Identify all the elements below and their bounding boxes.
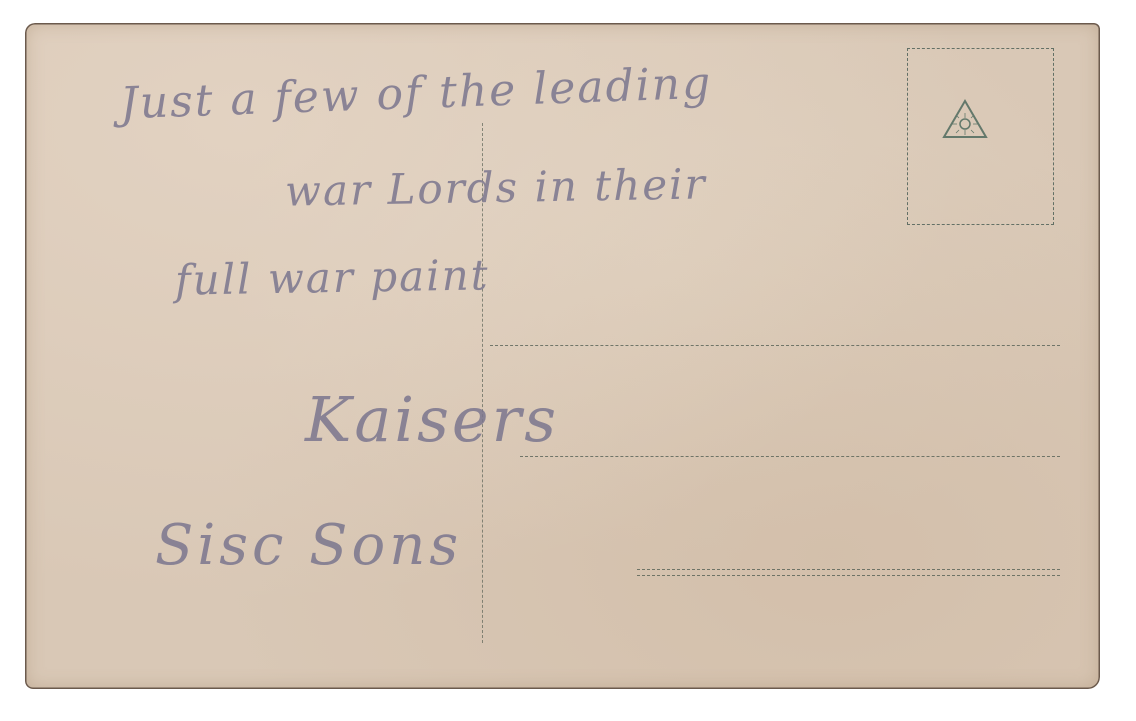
handwriting-line-2: war Lords in their — [285, 159, 707, 215]
address-line-3b — [637, 575, 1060, 576]
triangle-sunburst-logo-icon — [942, 99, 988, 139]
handwriting-line-1: Just a few of the leading — [119, 58, 713, 130]
stamp-box — [907, 48, 1054, 225]
handwriting-line-3: full war paint — [175, 250, 490, 304]
postcard-back: Just a few of the leading war Lords in t… — [25, 23, 1100, 689]
handwriting-line-4: Kaisers — [305, 383, 559, 456]
address-line-3 — [637, 569, 1060, 570]
address-line-2 — [520, 456, 1060, 457]
handwriting-line-5: Sisc Sons — [155, 513, 462, 578]
address-line-1 — [490, 345, 1060, 346]
